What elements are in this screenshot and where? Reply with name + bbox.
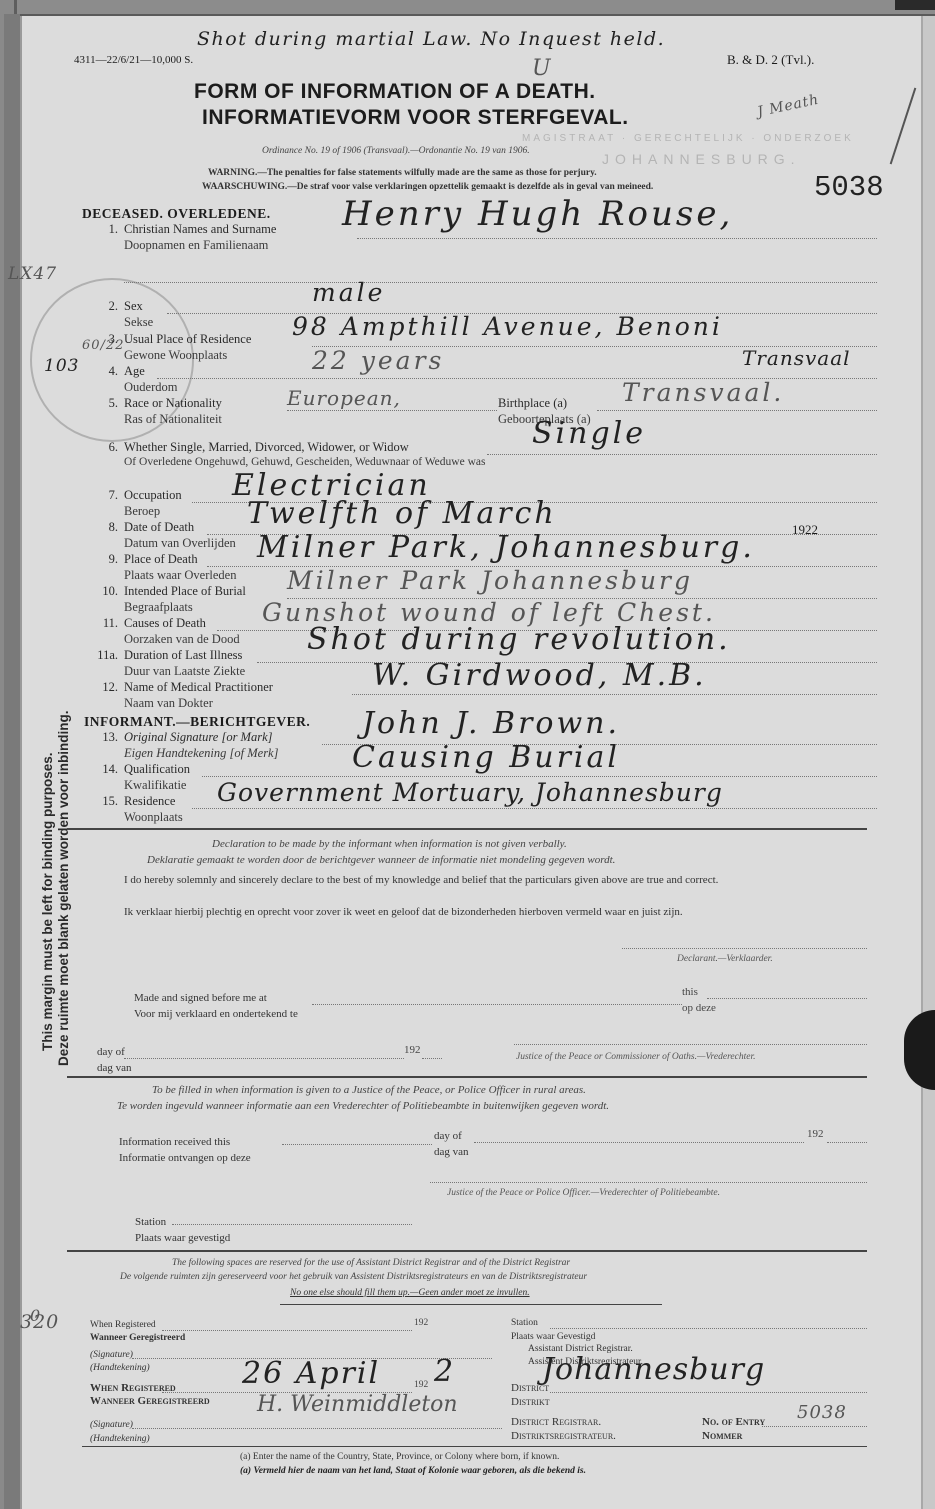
entry-number-stamp: 5038 xyxy=(814,171,884,204)
field-number: 8. xyxy=(92,520,118,535)
margin-note-top: LX47 xyxy=(8,264,57,284)
deceased-section-title: DECEASED. OVERLEDENE. xyxy=(82,206,271,222)
field-number: 3. xyxy=(92,332,118,347)
registration-year-prefix: 192 xyxy=(414,1380,428,1390)
when-registered-label-en: When Registered xyxy=(90,1320,156,1330)
informant-residence-label-en: Residence xyxy=(124,794,175,808)
warning-nl: WAARSCHUWING.—De straf voor valse verkla… xyxy=(202,182,653,192)
date-of-death-year: 1922 xyxy=(792,522,818,538)
binding-margin-note-en: This margin must be left for binding pur… xyxy=(40,752,55,1051)
made-signed-label-nl: Voor mij verklaard en ondertekend te xyxy=(134,1008,298,1020)
sex-label-en: Sex xyxy=(124,299,143,313)
declaration-heading-en: Declaration to be made by the informant … xyxy=(212,838,567,850)
marital-label-en: Whether Single, Married, Divorced, Widow… xyxy=(124,440,409,454)
overlay-mark: U xyxy=(532,56,552,81)
qualification-label-nl: Kwalifikatie xyxy=(124,778,186,793)
signature-label-en: Original Signature [or Mark] xyxy=(124,730,273,744)
name-label-nl: Doopnamen en Familienaam xyxy=(124,238,268,253)
binding-strip xyxy=(4,14,20,1509)
informant-residence-value: Government Mortuary, Johannesburg xyxy=(217,778,723,807)
residence-label-en: Usual Place of Residence xyxy=(124,332,251,346)
info-received-label-en: Information received this xyxy=(119,1136,230,1148)
form-title-en: FORM OF INFORMATION OF A DEATH. xyxy=(194,80,596,104)
stamp-line-1: MAGISTRAAT · GERECHTELIJK · ONDERZOEK xyxy=(522,133,854,144)
marital-label-nl: Of Overledene Ongehuwd, Gehuwd, Gescheid… xyxy=(124,456,485,468)
margin-note-ref: 103 xyxy=(44,356,79,376)
footnote-a-en: (a) Enter the name of the Country, State… xyxy=(240,1452,559,1462)
occupation-label-nl: Beroep xyxy=(124,504,160,519)
martial-law-annotation: Shot during martial Law. No Inquest held… xyxy=(197,28,665,50)
police-officer-label: Justice of the Peace or Police Officer.—… xyxy=(447,1188,720,1198)
entry-number-label-en: No. of Entry xyxy=(702,1416,765,1428)
registrar-station-label-en: Station xyxy=(511,1318,538,1328)
signature-label-nl: Eigen Handtekening [of Merk] xyxy=(124,746,278,761)
place-of-death-label-nl: Plaats waar Overleden xyxy=(124,568,236,583)
sex-label-nl: Sekse xyxy=(124,315,153,330)
district-registrar-label-en: District Registrar. xyxy=(511,1416,601,1428)
age-value: 22 years xyxy=(312,346,444,375)
warning-en: WARNING.—The penalties for false stateme… xyxy=(208,168,597,178)
place-of-death-value: Milner Park, Johannesburg. xyxy=(257,530,755,565)
birthplace-value: Transvaal. xyxy=(622,378,784,407)
residence-value: 98 Ampthill Avenue, Benoni xyxy=(292,312,723,341)
station-label-en: Station xyxy=(135,1216,166,1228)
district-label-nl: Distrikt xyxy=(511,1396,550,1408)
district-value: Johannesburg xyxy=(542,1352,765,1387)
when-registered-label-nl: Wanneer Geregistreerd xyxy=(90,1333,185,1343)
cause-label-en: Causes of Death xyxy=(124,616,206,630)
registered-year-prefix: 192 xyxy=(414,1318,428,1328)
field-number: 15. xyxy=(92,794,118,809)
day-of-label-nl: dag van xyxy=(97,1062,132,1074)
registrar-notice-warning: No one else should fill them up.—Geen an… xyxy=(290,1288,530,1298)
print-reference: 4311—22/6/21—10,000 S. xyxy=(74,54,193,66)
police-day-of-label-nl: dag van xyxy=(434,1146,469,1158)
doctor-label-en: Name of Medical Practitioner xyxy=(124,680,273,694)
registrar-notice-en: The following spaces are reserved for th… xyxy=(172,1258,570,1268)
race-value: European, xyxy=(287,386,401,410)
signature-label-2-en: (Signature) xyxy=(90,1420,133,1430)
signature-label-1-en: (Signature) xyxy=(90,1350,133,1360)
ordinance: Ordinance No. 19 of 1906 (Transvaal).—Or… xyxy=(262,146,530,156)
signature-label-1-nl: (Handtekening) xyxy=(90,1363,150,1373)
binding-margin-note-nl: Deze ruimte moet blank gelaten worden vo… xyxy=(56,710,71,1066)
police-heading-en: To be filled in when information is give… xyxy=(152,1084,586,1096)
cause-label-nl: Oorzaken van de Dood xyxy=(124,632,240,647)
registrar-station-label-nl: Plaats waar Gevestigd xyxy=(511,1332,595,1342)
field-number: 14. xyxy=(92,762,118,777)
date-of-death-label-en: Date of Death xyxy=(124,520,194,534)
qualification-label-en: Qualification xyxy=(124,762,190,776)
registrar-signature-value: H. Weinmiddleton xyxy=(257,1392,458,1417)
death-form-page: Shot during martial Law. No Inquest held… xyxy=(20,16,927,1509)
race-label-nl: Ras of Nationaliteit xyxy=(124,412,222,427)
occupation-label-en: Occupation xyxy=(124,488,182,502)
justice-label: Justice of the Peace or Commissioner of … xyxy=(516,1052,755,1062)
qualification-value: Causing Burial xyxy=(352,740,620,775)
registration-year-value: 2 xyxy=(434,1354,456,1389)
illness-duration-value: Shot during revolution. xyxy=(307,622,731,657)
doctor-value: W. Girdwood, M.B. xyxy=(372,658,707,693)
entry-number-value: 5038 xyxy=(797,1402,847,1423)
burial-place-value: Milner Park Johannesburg xyxy=(287,566,693,595)
field-number: 2. xyxy=(92,299,118,314)
sex-value: male xyxy=(312,278,385,307)
form-title-nl: INFORMATIEVORM VOOR STERFGEVAL. xyxy=(202,106,629,130)
field-number: 5. xyxy=(92,396,118,411)
made-signed-label-en: Made and signed before me at xyxy=(134,992,267,1004)
day-of-label-en: day of xyxy=(97,1046,125,1058)
residence-label-nl: Gewone Woonplaats xyxy=(124,348,227,363)
police-year-prefix: 192 xyxy=(807,1128,824,1140)
form-code: B. & D. 2 (Tvl.). xyxy=(727,52,814,68)
informant-residence-label-nl: Woonplaats xyxy=(124,810,183,825)
page-right-edge xyxy=(921,16,935,1509)
birthplace-label-en: Birthplace (a) xyxy=(498,396,567,411)
date-of-death-label-nl: Datum van Overlijden xyxy=(124,536,236,551)
field-number: 10. xyxy=(92,584,118,599)
margin-note-o: 0 xyxy=(30,1306,41,1325)
station-label-nl: Plaats waar gevestigd xyxy=(135,1232,230,1244)
district-registrar-label-nl: Distriktsregistrateur. xyxy=(511,1430,616,1442)
stamp-line-2: JOHANNESBURG. xyxy=(602,151,801,167)
illness-duration-label-en: Duration of Last Illness xyxy=(124,648,242,662)
this-label-nl: op deze xyxy=(682,1002,716,1014)
date-of-death-value: Twelfth of March xyxy=(247,496,557,531)
deceased-name-value: Henry Hugh Rouse, xyxy=(342,194,733,234)
entry-number-label-nl: Nommer xyxy=(702,1430,742,1442)
illness-duration-label-nl: Duur van Laatste Ziekte xyxy=(124,664,245,679)
signature-label-2-nl: (Handtekening) xyxy=(90,1434,150,1444)
field-number: 7. xyxy=(92,488,118,503)
registration-date-value: 26 April xyxy=(242,1356,380,1391)
doctor-label-nl: Naam van Dokter xyxy=(124,696,213,711)
informant-section-title: INFORMANT.—BERICHTGEVER. xyxy=(84,714,310,730)
residence-value-province: Transvaal xyxy=(742,346,851,370)
declaration-body-en: I do hereby solemnly and sincerely decla… xyxy=(106,872,871,888)
info-received-label-nl: Informatie ontvangen op deze xyxy=(119,1152,251,1164)
field-number: 4. xyxy=(92,364,118,379)
field-number: 9. xyxy=(92,552,118,567)
burial-label-nl: Begraafplaats xyxy=(124,600,193,615)
police-heading-nl: Te worden ingevuld wanneer informatie aa… xyxy=(117,1100,609,1112)
check-mark-icon xyxy=(890,88,917,165)
declaration-year-prefix: 192 xyxy=(404,1044,421,1056)
registrar-notice-nl: De volgende ruimten zijn gereserveerd vo… xyxy=(120,1272,587,1282)
field-number: 11. xyxy=(92,616,118,631)
name-label-en: Christian Names and Surname xyxy=(124,222,276,236)
footnote-a-nl: (a) Vermeld hier de naam van het land, S… xyxy=(240,1466,586,1476)
burial-label-en: Intended Place of Burial xyxy=(124,584,246,598)
field-number: 12. xyxy=(92,680,118,695)
field-number: 6. xyxy=(92,440,118,455)
marital-status-value: Single xyxy=(532,416,646,451)
declarant-label: Declarant.—Verklaarder. xyxy=(677,954,773,964)
race-label-en: Race or Nationality xyxy=(124,396,222,410)
initials: J Meath xyxy=(756,92,821,121)
field-number: 11a. xyxy=(92,648,118,663)
police-day-of-label-en: day of xyxy=(434,1130,462,1142)
field-number: 13. xyxy=(92,730,118,745)
page-top-edge xyxy=(0,0,935,16)
age-label-en: Age xyxy=(124,364,145,378)
declaration-body-nl: Ik verklaar hierbij plechtig en oprecht … xyxy=(106,904,871,920)
informant-signature-value: John J. Brown. xyxy=(362,706,620,741)
declaration-heading-nl: Deklaratie gemaakt te worden door de ber… xyxy=(147,854,615,866)
this-label-en: this xyxy=(682,986,698,998)
when-registered-2-label-nl: Wanneer Geregistreerd xyxy=(90,1395,210,1407)
field-number: 1. xyxy=(92,222,118,237)
age-label-nl: Ouderdom xyxy=(124,380,177,395)
place-of-death-label-en: Place of Death xyxy=(124,552,198,566)
